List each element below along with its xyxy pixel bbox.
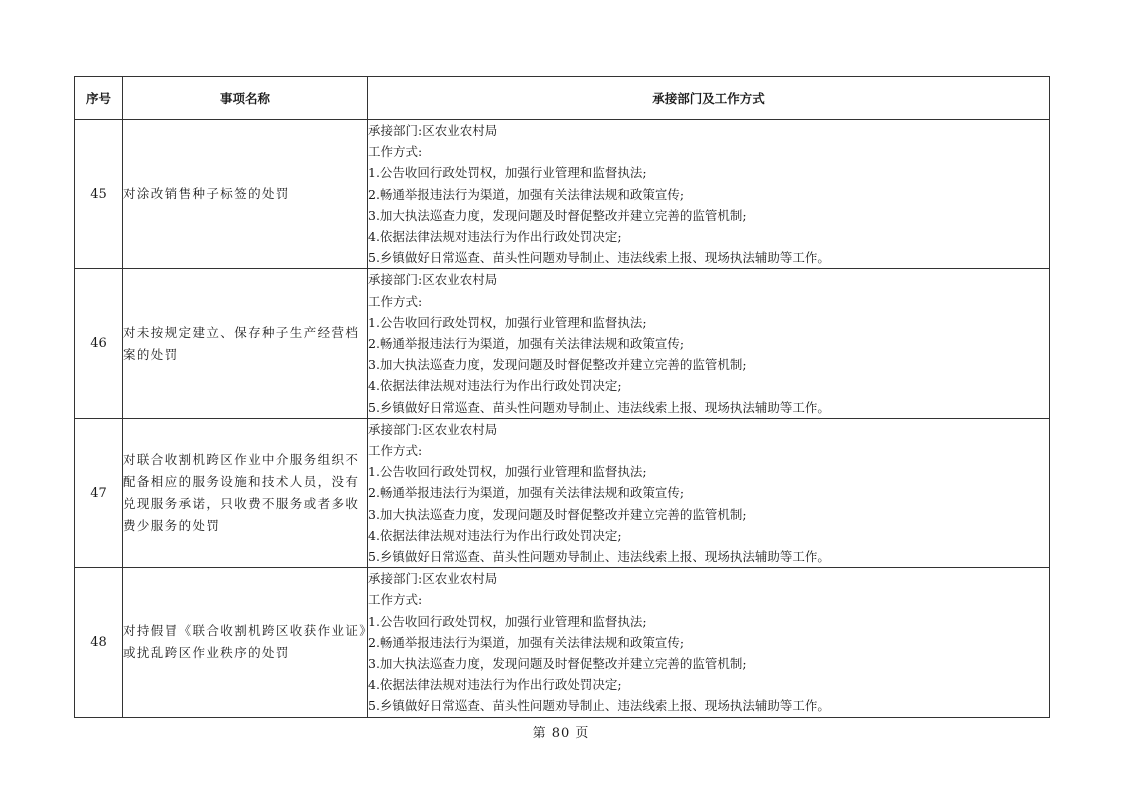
detail-line: 1.公告收回行政处罚权，加强行业管理和监督执法;: [368, 312, 1049, 333]
detail-line: 4.依据法律法规对违法行为作出行政处罚决定;: [368, 674, 1049, 695]
row-details: 承接部门:区农业农村局 工作方式: 1.公告收回行政处罚权，加强行业管理和监督执…: [368, 120, 1050, 269]
detail-line: 1.公告收回行政处罚权，加强行业管理和监督执法;: [368, 611, 1049, 632]
detail-line: 5.乡镇做好日常巡查、苗头性问题劝导制止、违法线索上报、现场执法辅助等工作。: [368, 397, 1049, 418]
header-item-name: 事项名称: [123, 77, 368, 120]
table-row: 47 对联合收割机跨区作业中介服务组织不配备相应的服务设施和技术人员，没有兑现服…: [75, 418, 1050, 567]
row-details: 承接部门:区农业农村局 工作方式: 1.公告收回行政处罚权，加强行业管理和监督执…: [368, 269, 1050, 418]
detail-line: 1.公告收回行政处罚权，加强行业管理和监督执法;: [368, 461, 1049, 482]
row-number: 48: [75, 568, 123, 717]
row-item-name: 对持假冒《联合收割机跨区收获作业证》或扰乱跨区作业秩序的处罚: [123, 568, 368, 717]
header-department-method: 承接部门及工作方式: [368, 77, 1050, 120]
row-details: 承接部门:区农业农村局 工作方式: 1.公告收回行政处罚权，加强行业管理和监督执…: [368, 568, 1050, 717]
header-number: 序号: [75, 77, 123, 120]
detail-line: 3.加大执法巡查力度，发现问题及时督促整改并建立完善的监管机制;: [368, 653, 1049, 674]
detail-line: 承接部门:区农业农村局: [368, 269, 1049, 290]
page-number: 第 80 页: [0, 722, 1122, 741]
detail-line: 5.乡镇做好日常巡查、苗头性问题劝导制止、违法线索上报、现场执法辅助等工作。: [368, 546, 1049, 567]
row-item-name: 对未按规定建立、保存种子生产经营档案的处罚: [123, 269, 368, 418]
detail-line: 工作方式:: [368, 589, 1049, 610]
detail-line: 2.畅通举报违法行为渠道，加强有关法律法规和政策宣传;: [368, 632, 1049, 653]
row-number: 45: [75, 120, 123, 269]
table-row: 46 对未按规定建立、保存种子生产经营档案的处罚 承接部门:区农业农村局 工作方…: [75, 269, 1050, 418]
detail-line: 2.畅通举报违法行为渠道，加强有关法律法规和政策宣传;: [368, 184, 1049, 205]
detail-line: 5.乡镇做好日常巡查、苗头性问题劝导制止、违法线索上报、现场执法辅助等工作。: [368, 247, 1049, 268]
detail-line: 3.加大执法巡查力度，发现问题及时督促整改并建立完善的监管机制;: [368, 504, 1049, 525]
detail-line: 5.乡镇做好日常巡查、苗头性问题劝导制止、违法线索上报、现场执法辅助等工作。: [368, 695, 1049, 716]
table-header-row: 序号 事项名称 承接部门及工作方式: [75, 77, 1050, 120]
table-row: 48 对持假冒《联合收割机跨区收获作业证》或扰乱跨区作业秩序的处罚 承接部门:区…: [75, 568, 1050, 717]
matters-table: 序号 事项名称 承接部门及工作方式 45 对涂改销售种子标签的处罚 承接部门:区…: [74, 76, 1050, 718]
detail-line: 3.加大执法巡查力度，发现问题及时督促整改并建立完善的监管机制;: [368, 354, 1049, 375]
detail-line: 工作方式:: [368, 141, 1049, 162]
detail-line: 工作方式:: [368, 291, 1049, 312]
detail-line: 工作方式:: [368, 440, 1049, 461]
row-item-name: 对涂改销售种子标签的处罚: [123, 120, 368, 269]
detail-line: 承接部门:区农业农村局: [368, 568, 1049, 589]
detail-line: 承接部门:区农业农村局: [368, 120, 1049, 141]
table-row: 45 对涂改销售种子标签的处罚 承接部门:区农业农村局 工作方式: 1.公告收回…: [75, 120, 1050, 269]
detail-line: 4.依据法律法规对违法行为作出行政处罚决定;: [368, 226, 1049, 247]
detail-line: 1.公告收回行政处罚权，加强行业管理和监督执法;: [368, 162, 1049, 183]
detail-line: 承接部门:区农业农村局: [368, 419, 1049, 440]
detail-line: 4.依据法律法规对违法行为作出行政处罚决定;: [368, 525, 1049, 546]
row-number: 46: [75, 269, 123, 418]
detail-line: 2.畅通举报违法行为渠道，加强有关法律法规和政策宣传;: [368, 482, 1049, 503]
row-details: 承接部门:区农业农村局 工作方式: 1.公告收回行政处罚权，加强行业管理和监督执…: [368, 418, 1050, 567]
row-number: 47: [75, 418, 123, 567]
detail-line: 3.加大执法巡查力度，发现问题及时督促整改并建立完善的监管机制;: [368, 205, 1049, 226]
detail-line: 2.畅通举报违法行为渠道，加强有关法律法规和政策宣传;: [368, 333, 1049, 354]
row-item-name: 对联合收割机跨区作业中介服务组织不配备相应的服务设施和技术人员，没有兑现服务承诺…: [123, 418, 368, 567]
detail-line: 4.依据法律法规对违法行为作出行政处罚决定;: [368, 375, 1049, 396]
